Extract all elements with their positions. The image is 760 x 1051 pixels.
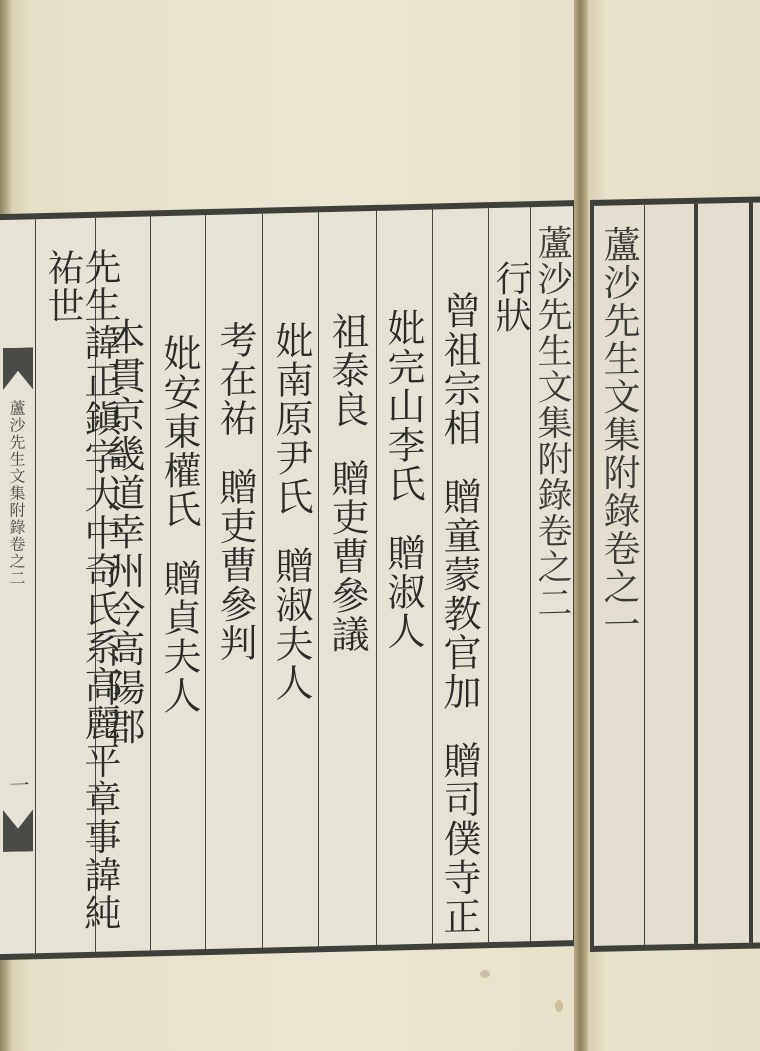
text-column-2: 妣完山李氏贈淑人 (384, 308, 422, 651)
column-rule (150, 216, 151, 950)
paper-stain (555, 1000, 563, 1012)
column-rule (694, 204, 698, 944)
fishtail-mark-lower (3, 809, 33, 852)
book-gutter (574, 0, 588, 1051)
text-column-5: 考在祐贈吏曹參判 (216, 320, 254, 663)
column-rule (488, 208, 489, 942)
column-rule (262, 214, 263, 948)
left-page-frame: 蘆沙先生文集附錄卷之二 一 蘆沙先生文集附錄卷之二 行狀 曾祖宗相贈童蒙教官加贈… (0, 200, 578, 960)
column-rule (644, 205, 645, 945)
column-rule (205, 215, 206, 949)
text-column-3: 祖泰良贈吏曹參議 (328, 311, 366, 654)
column-rule (318, 212, 319, 946)
volume-title: 蘆沙先生文集附錄卷之二 (534, 224, 569, 621)
column-rule (749, 203, 753, 943)
right-page-frame: 蘆沙先生文集附錄卷之一 (590, 196, 760, 952)
column-rule (376, 211, 377, 945)
text-column-8: 先生諱正鎭字大中奇氏系高麗平章事諱純祐世 (44, 247, 118, 953)
paper-stain (480, 970, 490, 978)
fold-margin-title: 蘆沙先生文集附錄卷之二 (8, 400, 24, 587)
fishtail-mark-upper (3, 347, 33, 390)
text-column-6: 妣安東權氏贈貞夫人 (160, 333, 198, 715)
column-rule (432, 210, 433, 944)
right-volume-title: 蘆沙先生文集附錄卷之一 (600, 225, 637, 644)
text-column-4: 妣南原尹氏贈淑夫人 (272, 321, 310, 703)
text-column-1: 曾祖宗相贈童蒙教官加贈司僕寺正 (440, 290, 478, 936)
fold-margin-page-number: 一 (8, 774, 28, 795)
section-heading: 行狀 (492, 259, 528, 334)
column-rule (35, 219, 36, 953)
